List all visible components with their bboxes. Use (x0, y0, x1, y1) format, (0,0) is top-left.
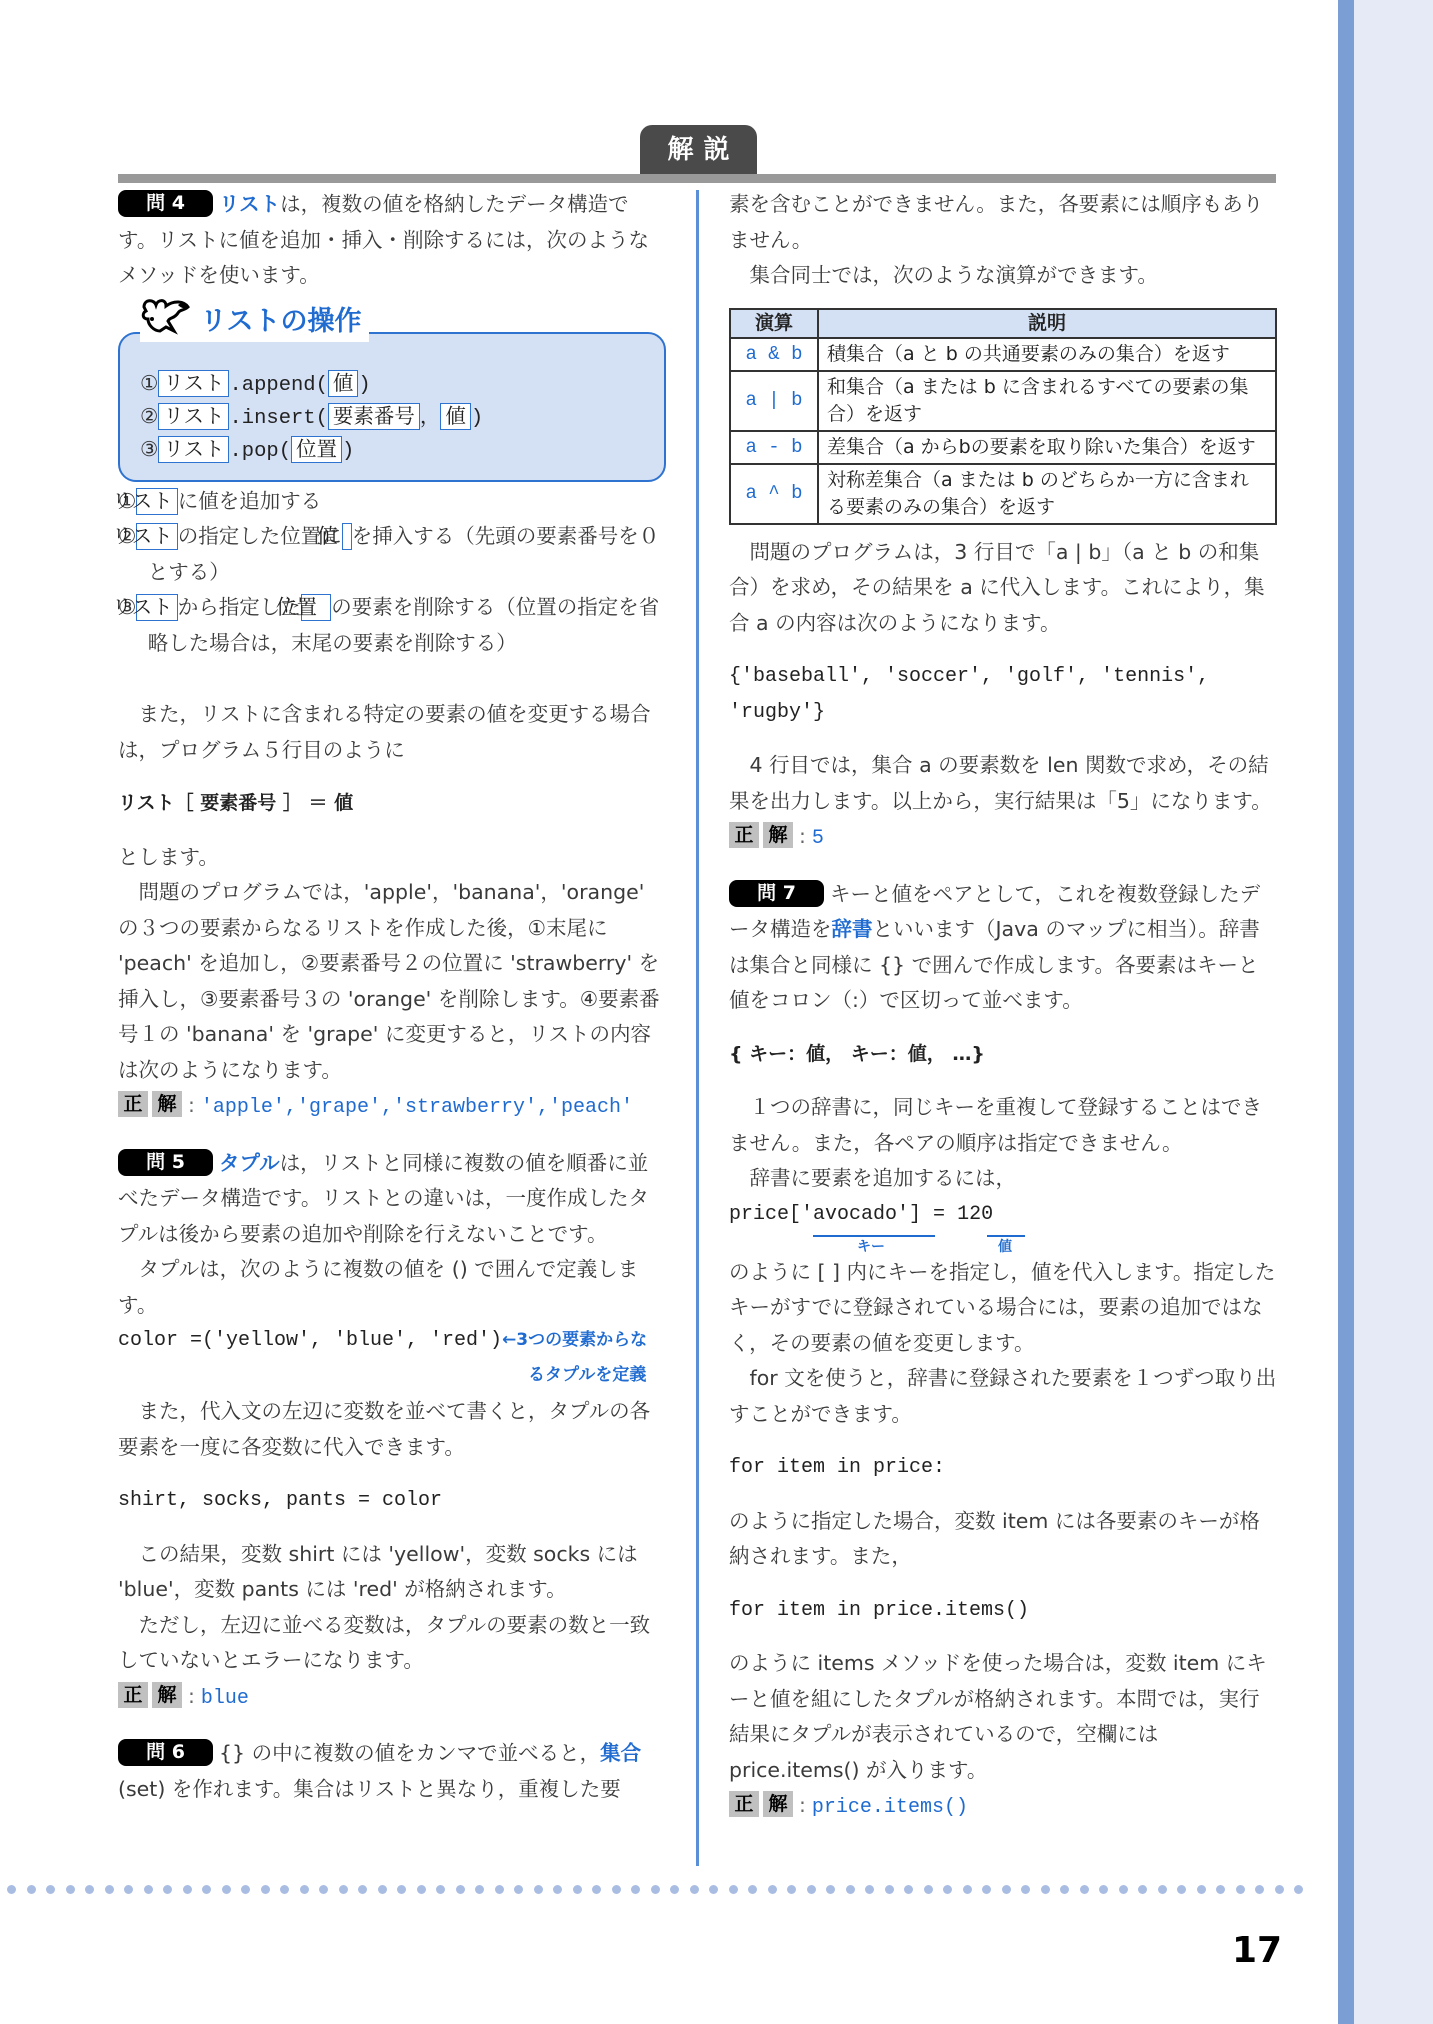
footer-dot (1099, 1885, 1108, 1894)
q4-para3: 問題のプログラムでは，'apple'，'banana'，'orange' の３つ… (118, 875, 666, 1088)
footer-dot (826, 1885, 835, 1894)
footer-dot (1216, 1885, 1225, 1894)
list-operations-box: リストの操作 ①リスト.append(値) ②リスト.insert(要素番号，値… (118, 316, 666, 476)
footer-dot (1138, 1885, 1147, 1894)
footer-dot (729, 1885, 738, 1894)
column-divider (696, 190, 699, 1866)
page-edge-stripe-light (1354, 0, 1433, 2024)
q4-syntax: リスト［ 要素番号 ］ ＝ 値 (118, 786, 666, 822)
bird-icon (140, 297, 192, 347)
q5-para4: ただし，左辺に並べる変数は，タプルの要素の数と一致していないとエラーになります。 (118, 1608, 666, 1679)
footer-dot (1275, 1885, 1284, 1894)
footer-dot (592, 1885, 601, 1894)
footer-dot (183, 1885, 192, 1894)
footer-dot (651, 1885, 660, 1894)
q7-intro: 問 7キーと値をペアとして，これを複数登録したデータ構造を辞書といいます（Jav… (729, 877, 1277, 1019)
q5-intro: 問 5タプルは，リストと同様に複数の値を順番に並べたデータ構造です。リストとの違… (118, 1146, 666, 1253)
footer-dot (1255, 1885, 1264, 1894)
footer-dot (846, 1885, 855, 1894)
value-label: 値 (998, 1237, 1012, 1257)
footer-dot (378, 1885, 387, 1894)
q4-intro: 問 4リストは，複数の値を格納したデータ構造です。リストに値を追加・挿入・削除す… (118, 187, 666, 294)
footer-dot (1236, 1885, 1245, 1894)
list-op-explanation-1: ①リストに値を追加する (118, 484, 666, 520)
page-edge-stripe-dark (1338, 0, 1354, 2024)
footer-dot (7, 1885, 16, 1894)
q5-code2: shirt, socks, pants = color (118, 1483, 666, 1519)
footer-dot (768, 1885, 777, 1894)
footer-dot (1119, 1885, 1128, 1894)
footer-dot (865, 1885, 874, 1894)
footer-dot (982, 1885, 991, 1894)
footer-dot (1021, 1885, 1030, 1894)
footer-dot (300, 1885, 309, 1894)
footer-dot (319, 1885, 328, 1894)
footer-dot (1060, 1885, 1069, 1894)
footer-dot (1041, 1885, 1050, 1894)
footer-dot (241, 1885, 250, 1894)
q5-code-with-note: color =('yellow', 'blue', 'red') ←3つの要素か… (118, 1323, 666, 1394)
q5-answer: 正解:blue (118, 1679, 666, 1717)
q7-para3: のように [ ] 内にキーを指定し，値を代入します。指定したキーがすでに登録され… (729, 1255, 1277, 1362)
footer-dot (904, 1885, 913, 1894)
footer-dot (456, 1885, 465, 1894)
table-row: a ^ b 対称差集合（a または b のどちらか一方に含まれる要素のみの集合）… (730, 464, 1276, 524)
footer-dot (709, 1885, 718, 1894)
table-row: a & b 積集合（a と b の共通要素のみの集合）を返す (730, 338, 1276, 371)
footer-dot (631, 1885, 640, 1894)
q7-badge: 問 7 (729, 880, 824, 907)
q6-para3: 問題のプログラムは，3 行目で「a | b」（a と b の和集合）を求め，その… (729, 535, 1277, 642)
left-column: 問 4リストは，複数の値を格納したデータ構造です。リストに値を追加・挿入・削除す… (118, 187, 666, 1807)
q5-para2: また，代入文の左辺に変数を並べて書くと，タプルの各要素を一度に各変数に代入できま… (118, 1394, 666, 1465)
footer-dot (417, 1885, 426, 1894)
footer-dot (534, 1885, 543, 1894)
header-rule (118, 174, 1276, 183)
footer-dot (475, 1885, 484, 1894)
q7-code2: for item in price: (729, 1450, 1277, 1486)
q6-code: {'baseball', 'soccer', 'golf', 'tennis',… (729, 659, 1277, 730)
q4-badge: 問 4 (118, 190, 213, 217)
footer-dot (280, 1885, 289, 1894)
footer-dot (885, 1885, 894, 1894)
footer-dot (397, 1885, 406, 1894)
list-op-insert: ②リスト.insert(要素番号，値) (140, 401, 483, 434)
footer-dot (807, 1885, 816, 1894)
footer-dot (963, 1885, 972, 1894)
q7-syntax: { キー：値， キー：値， …} (729, 1037, 1277, 1073)
footer-dot (1294, 1885, 1303, 1894)
q4-para2: とします。 (118, 840, 666, 876)
footer-dot (1177, 1885, 1186, 1894)
q7-answer: 正解:price.items() (729, 1788, 1277, 1826)
q6-answer: 正解:5 (729, 819, 1277, 857)
footer-dot (1197, 1885, 1206, 1894)
q6-intro: 問 6{} の中に複数の値をカンマで並べると，集合(set) を作れます。集合は… (118, 1736, 666, 1807)
footer-dot (222, 1885, 231, 1894)
footer-dot (46, 1885, 55, 1894)
q6-para2: 集合同士では，次のような演算ができます。 (729, 258, 1277, 294)
q6-para4: 4 行目では，集合 a の要素数を len 関数で求め，その結果を出力します。以… (729, 748, 1277, 819)
table-row: a | b 和集合（a または b に含まれるすべての要素の集合）を返す (730, 371, 1276, 431)
q4-para1: また，リストに含まれる特定の要素の値を変更する場合は，プログラム５行目のように (118, 697, 666, 768)
list-operations-title: リストの操作 (200, 304, 361, 340)
q5-para3: この結果，変数 shirt には 'yellow'，変数 socks には 'b… (118, 1537, 666, 1608)
footer-dot (1002, 1885, 1011, 1894)
q4-answer: 正解:'apple','grape','strawberry','peach' (118, 1088, 666, 1126)
footer-dot (670, 1885, 679, 1894)
q5-para1: タプルは，次のように複数の値を () で囲んで定義します。 (118, 1252, 666, 1323)
footer-dot (163, 1885, 172, 1894)
footer-dot (612, 1885, 621, 1894)
footer-dot (495, 1885, 504, 1894)
footer-dot (202, 1885, 211, 1894)
list-op-append: ①リスト.append(値) (140, 368, 483, 401)
footer-dot (924, 1885, 933, 1894)
list-op-explanation-3: ③リストから指定した位置の要素を削除する（位置の指定を省略した場合は，末尾の要素… (118, 590, 666, 661)
q7-para1: １つの辞書に，同じキーを重複して登録することはできません。また，各ペアの順序は指… (729, 1090, 1277, 1161)
q7-code3: for item in price.items() (729, 1593, 1277, 1629)
set-operations-table: 演算 説明 a & b 積集合（a と b の共通要素のみの集合）を返す a |… (729, 308, 1277, 525)
q7-para5: のように指定した場合，変数 item には各要素のキーが格納されます。また， (729, 1504, 1277, 1575)
q7-code-annotated: price['avocado'] = 120 キー 値 (729, 1197, 1277, 1255)
footer-dot (573, 1885, 582, 1894)
q7-para2: 辞書に要素を追加するには， (729, 1161, 1277, 1197)
footer-dot (553, 1885, 562, 1894)
footer-dot (144, 1885, 153, 1894)
footer-dot (124, 1885, 133, 1894)
q4-keyword: リスト (219, 192, 280, 216)
page-number: 17 (1232, 1930, 1282, 1971)
list-op-explanation-2: ②リストの指定した位置に値を挿入する（先頭の要素番号を０とする） (118, 519, 666, 590)
footer-dot (748, 1885, 757, 1894)
footer-dot (436, 1885, 445, 1894)
right-column: 素を含むことができません。また，各要素には順序もありません。 集合同士では，次の… (729, 187, 1277, 1826)
table-header-row: 演算 説明 (730, 309, 1276, 338)
footer-dot (27, 1885, 36, 1894)
footer-dot (85, 1885, 94, 1894)
footer-dot (1080, 1885, 1089, 1894)
section-title-tab: 解説 (640, 125, 757, 175)
list-op-pop: ③リスト.pop(位置) (140, 434, 483, 467)
footer-dot (358, 1885, 367, 1894)
q6-badge: 問 6 (118, 1739, 213, 1766)
footer-dot (339, 1885, 348, 1894)
q6-para1: 素を含むことができません。また，各要素には順序もありません。 (729, 187, 1277, 258)
footer-dot (943, 1885, 952, 1894)
key-label: キー (857, 1237, 885, 1257)
footer-dot (105, 1885, 114, 1894)
footer-dot (514, 1885, 523, 1894)
q7-para4: for 文を使うと，辞書に登録された要素を１つずつ取り出すことができます。 (729, 1361, 1277, 1432)
footer-dot (1158, 1885, 1167, 1894)
footer-dot (690, 1885, 699, 1894)
table-row: a - b 差集合（a からbの要素を取り除いた集合）を返す (730, 431, 1276, 464)
footer-dotted-rule (0, 1885, 1310, 1895)
footer-dot (66, 1885, 75, 1894)
footer-dot (787, 1885, 796, 1894)
q5-badge: 問 5 (118, 1149, 213, 1176)
q7-para6: のように items メソッドを使った場合は，変数 item にキーと値を組にし… (729, 1646, 1277, 1788)
footer-dot (261, 1885, 270, 1894)
